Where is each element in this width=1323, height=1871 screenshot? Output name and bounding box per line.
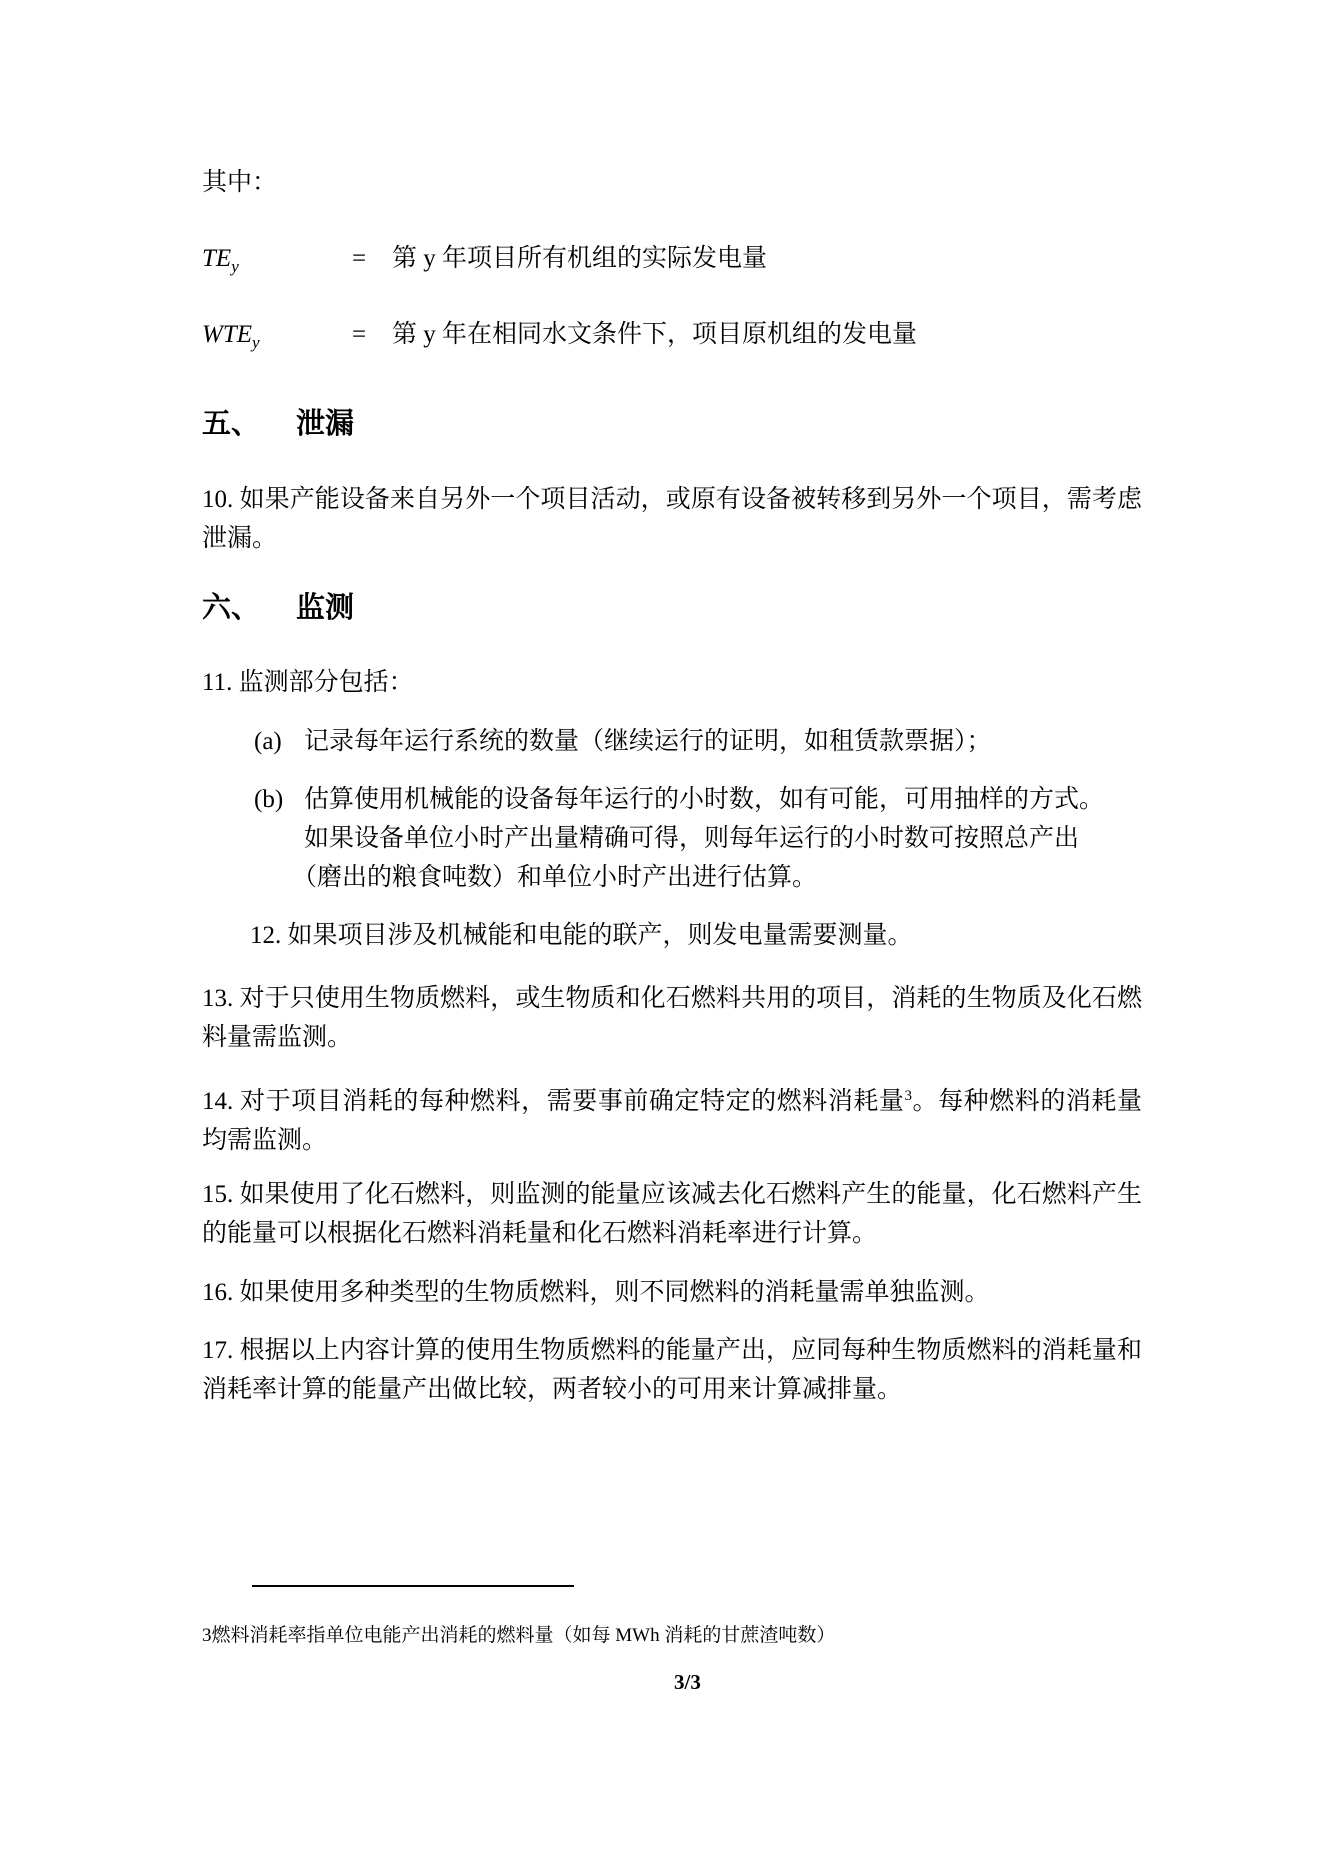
paragraph-10: 10. 如果产能设备来自另外一个项目活动，或原有设备被转移到另外一个项目，需考虑… bbox=[202, 480, 1142, 558]
list-item-a: (a)记录每年运行系统的数量（继续运行的证明，如租赁款票据）； bbox=[254, 727, 992, 757]
list-text: 估算使用机械能的设备每年运行的小时数，如有可能，可用抽样的方式。 bbox=[304, 786, 1104, 813]
footnote-3: 3燃料消耗率指单位电能产出消耗的燃料量（如每 MWh 消耗的甘蔗渣吨数） bbox=[202, 1624, 835, 1648]
page-number: 3/3 bbox=[674, 1670, 701, 1695]
document-page: 其中： TEy = 第 y 年项目所有机组的实际发电量 WTEy = 第 y 年… bbox=[0, 0, 1323, 1871]
paragraph-14: 14. 对于项目消耗的每种燃料，需要事前确定特定的燃料消耗量3。每种燃料的消耗量… bbox=[202, 1077, 1142, 1160]
section-title: 监测 bbox=[296, 592, 354, 624]
section-heading-leakage: 五、泄漏 bbox=[202, 407, 354, 441]
intro-text: 其中： bbox=[202, 168, 277, 198]
p14-text: 14. 对于项目消耗的每种燃料，需要事前确定特定的燃料消耗量 bbox=[202, 1088, 904, 1115]
paragraph-16: 16. 如果使用多种类型的生物质燃料，则不同燃料的消耗量需单独监测。 bbox=[202, 1273, 1142, 1312]
equals-sign: = bbox=[352, 244, 366, 274]
paragraph-15: 15. 如果使用了化石燃料，则监测的能量应该减去化石燃料产生的能量，化石燃料产生… bbox=[202, 1175, 1142, 1253]
list-label: (b) bbox=[254, 785, 304, 815]
section-number: 六、 bbox=[202, 591, 296, 625]
list-label: (a) bbox=[254, 727, 304, 757]
equals-sign: = bbox=[352, 320, 366, 350]
var-subscript: y bbox=[231, 257, 239, 276]
section-title: 泄漏 bbox=[296, 408, 354, 440]
list-item-b-line3: （磨出的粮食吨数）和单位小时产出进行估算。 bbox=[292, 863, 817, 893]
var-main: TE bbox=[202, 245, 231, 272]
list-item-b-line2: 如果设备单位小时产出量精确可得，则每年运行的小时数可按照总产出 bbox=[304, 824, 1079, 854]
section-heading-monitoring: 六、监测 bbox=[202, 591, 354, 625]
var-main: WTE bbox=[202, 321, 252, 348]
definition-wte-y: 第 y 年在相同水文条件下，项目原机组的发电量 bbox=[392, 320, 917, 350]
list-item-b: (b)估算使用机械能的设备每年运行的小时数，如有可能，可用抽样的方式。 bbox=[254, 785, 1104, 815]
variable-wte-y: WTEy bbox=[202, 320, 260, 358]
paragraph-12: 12. 如果项目涉及机械能和电能的联产，则发电量需要测量。 bbox=[250, 921, 913, 951]
paragraph-13: 13. 对于只使用生物质燃料，或生物质和化石燃料共用的项目，消耗的生物质及化石燃… bbox=[202, 979, 1142, 1057]
definition-te-y: 第 y 年项目所有机组的实际发电量 bbox=[392, 244, 767, 274]
footnote-separator bbox=[252, 1585, 574, 1587]
paragraph-11: 11. 监测部分包括： bbox=[202, 668, 414, 698]
variable-te-y: TEy bbox=[202, 244, 239, 282]
footnote-ref[interactable]: 3 bbox=[904, 1088, 912, 1104]
section-number: 五、 bbox=[202, 407, 296, 441]
var-subscript: y bbox=[252, 333, 260, 352]
paragraph-17: 17. 根据以上内容计算的使用生物质燃料的能量产出，应同每种生物质燃料的消耗量和… bbox=[202, 1331, 1142, 1409]
list-text: 记录每年运行系统的数量（继续运行的证明，如租赁款票据）； bbox=[304, 728, 992, 755]
